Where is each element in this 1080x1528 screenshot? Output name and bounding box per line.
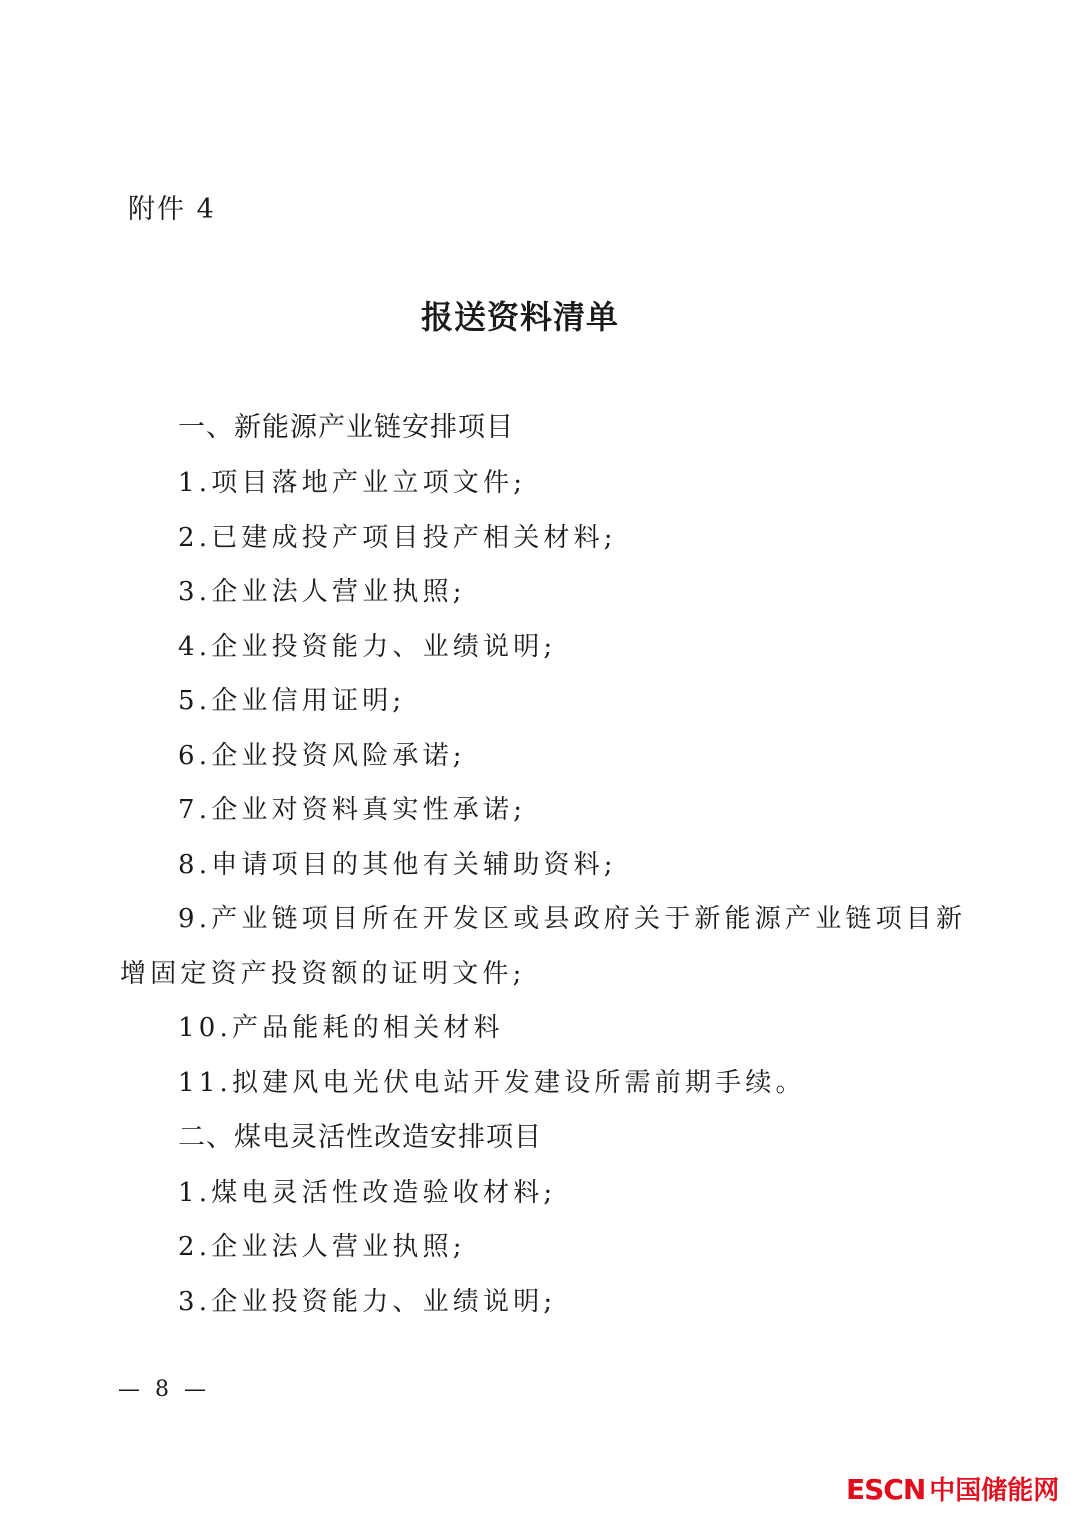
section-heading-2: 二、煤电灵活性改造安排项目 [178,1120,542,1156]
section-heading-1: 一、新能源产业链安排项目 [178,410,514,446]
list-item: 4.企业投资能力、业绩说明; [178,629,556,665]
list-item: 1.项目落地产业立项文件; [178,465,526,501]
list-item: 11.拟建风电光伏电站开发建设所需前期手续。 [178,1065,806,1101]
list-item: 2.已建成投产项目投产相关材料; [178,520,617,556]
list-item: 3.企业投资能力、业绩说明; [178,1284,556,1320]
list-item-continuation: 增固定资产投资额的证明文件; [120,956,526,992]
list-item: 6.企业投资风险承诺; [178,738,466,774]
watermark-brand-cn: 中国储能网 [929,1476,1059,1506]
page-number: — 8 — [118,1375,210,1405]
list-item: 2.企业法人营业执照; [178,1229,466,1265]
list-item: 5.企业信用证明; [178,683,405,719]
list-item: 3.企业法人营业执照; [178,574,466,610]
list-item: 1.煤电灵活性改造验收材料; [178,1175,556,1211]
list-item: 9.产业链项目所在开发区或县政府关于新能源产业链项目新 [178,901,966,937]
attachment-label: 附件 4 [128,192,216,228]
escn-watermark-logo: ESCN中国储能网 [846,1472,1059,1509]
watermark-brand-en: ESCN [846,1473,925,1506]
list-item: 10.产品能耗的相关材料 [178,1010,504,1046]
list-item: 8.申请项目的其他有关辅助资料; [178,847,617,883]
document-title: 报送资料清单 [0,296,1040,338]
list-item: 7.企业对资料真实性承诺; [178,792,526,828]
